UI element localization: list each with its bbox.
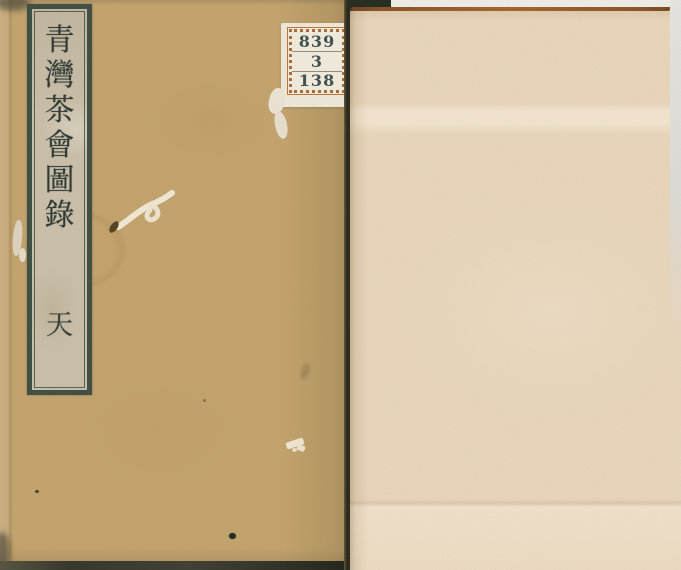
ink-spot xyxy=(203,399,206,402)
label-inner-border: 839 3 138 xyxy=(289,29,345,93)
title-char: 錄 xyxy=(45,200,75,232)
label-ornate-border: 839 3 138 xyxy=(287,27,347,95)
paper-tear xyxy=(19,248,26,262)
title-char: 青 xyxy=(45,25,75,57)
library-call-number-label: 839 3 138 xyxy=(281,23,351,107)
book-scan: 青 灣 茶 會 圖 錄 天 839 3 138 xyxy=(0,0,681,570)
scan-background-right xyxy=(670,0,681,345)
title-char: 會 xyxy=(45,130,75,162)
title-text: 青 灣 茶 會 圖 錄 xyxy=(32,25,87,232)
title-char: 茶 xyxy=(45,95,75,127)
volume-marker: 天 xyxy=(32,303,87,342)
scratch-mark xyxy=(98,175,188,245)
scratch-mark xyxy=(292,448,297,452)
call-number-row: 839 xyxy=(292,32,342,51)
ink-spot xyxy=(35,490,39,493)
endpaper-page xyxy=(350,11,681,570)
title-char: 灣 xyxy=(45,60,75,92)
paper-tear xyxy=(272,110,290,140)
title-slip: 青 灣 茶 會 圖 錄 天 xyxy=(27,4,92,395)
title-char: 圖 xyxy=(45,165,75,197)
front-cover: 青 灣 茶 會 圖 錄 天 839 3 138 xyxy=(0,0,345,563)
ink-spot xyxy=(229,533,236,539)
scratch-mark xyxy=(296,444,306,453)
cover-bottom-edge xyxy=(0,561,346,570)
cover-corner-smudge-top xyxy=(0,0,30,11)
stain-smudge xyxy=(299,362,312,381)
call-number-row: 138 xyxy=(292,71,342,90)
call-number-row: 3 xyxy=(292,52,342,71)
